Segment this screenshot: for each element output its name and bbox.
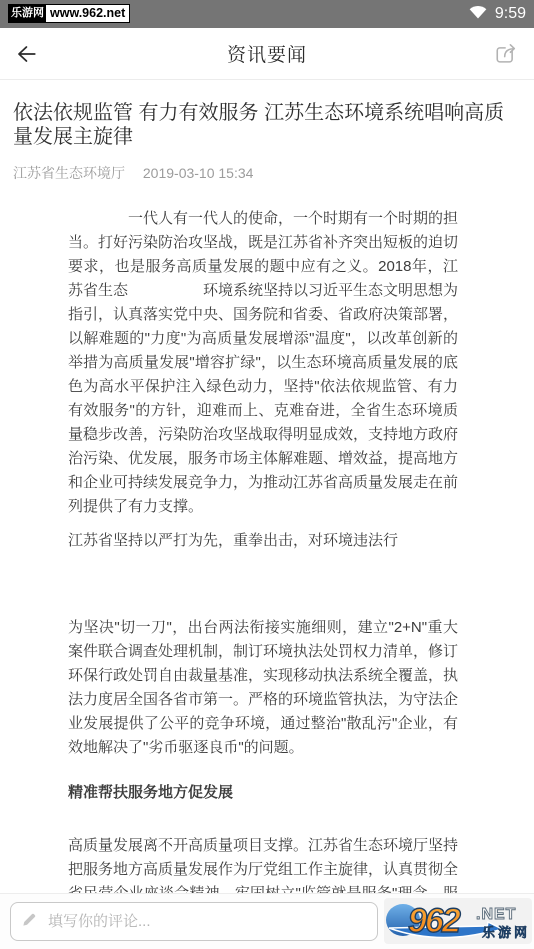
article-byline: 江苏省生态环境厅 2019-03-10 15:34 (13, 163, 521, 183)
status-clock: 9:59 (495, 5, 526, 23)
article-source: 江苏省生态环境厅 (13, 165, 125, 181)
article-paragraph: 高质量发展离不开高质量项目支撑。江苏省生态环境厅坚持把服务地方高质量发展作为厅党… (68, 834, 458, 893)
site-badge-chip: 乐游网 (9, 5, 46, 22)
article-paragraph: 一代人有一代人的使命，一个时期有一个时期的担当。打好污染防治攻坚战，既是江苏省补… (68, 207, 458, 519)
wifi-icon (468, 3, 488, 26)
article-scroll-area[interactable]: 依法依规监管 有力有效服务 江苏生态环境系统唱响高质量发展主旋律 江苏省生态环境… (0, 80, 534, 893)
article-paragraph: 为坚决"切一刀"，出台两法衔接实施细则，建立"2+N"重大案件联合调查处理机制，… (68, 616, 458, 760)
pencil-icon (21, 911, 38, 933)
comment-input-wrap[interactable] (10, 902, 378, 941)
comment-input[interactable] (46, 912, 367, 931)
962net-logo: 962 .NET 乐游网 (384, 898, 532, 944)
article-paragraph: 江苏省坚持以严打为先，重拳出击，对环境违法行 (68, 529, 458, 553)
comment-bar: 962 .NET 乐游网 (0, 893, 534, 949)
article-subheading: 精准帮扶服务地方促发展 (68, 781, 458, 805)
status-bar: 乐游网 www.962.net 9:59 (0, 0, 534, 28)
site-watermark-badge: 乐游网 www.962.net (8, 4, 130, 23)
logo-number: 962 (408, 902, 461, 940)
app-screen: 乐游网 www.962.net 9:59 资讯要闻 (0, 0, 534, 949)
article-date: 2019-03-10 15:34 (143, 165, 254, 181)
article-title: 依法依规监管 有力有效服务 江苏生态环境系统唱响高质量发展主旋律 (13, 101, 522, 149)
site-badge-url: www.962.net (46, 6, 129, 20)
share-icon[interactable] (492, 40, 520, 68)
page-title: 资讯要闻 (0, 40, 534, 67)
app-header: 资讯要闻 (0, 28, 534, 80)
logo-sitename: 乐游网 (482, 925, 530, 940)
logo-suffix: .NET (476, 906, 516, 923)
